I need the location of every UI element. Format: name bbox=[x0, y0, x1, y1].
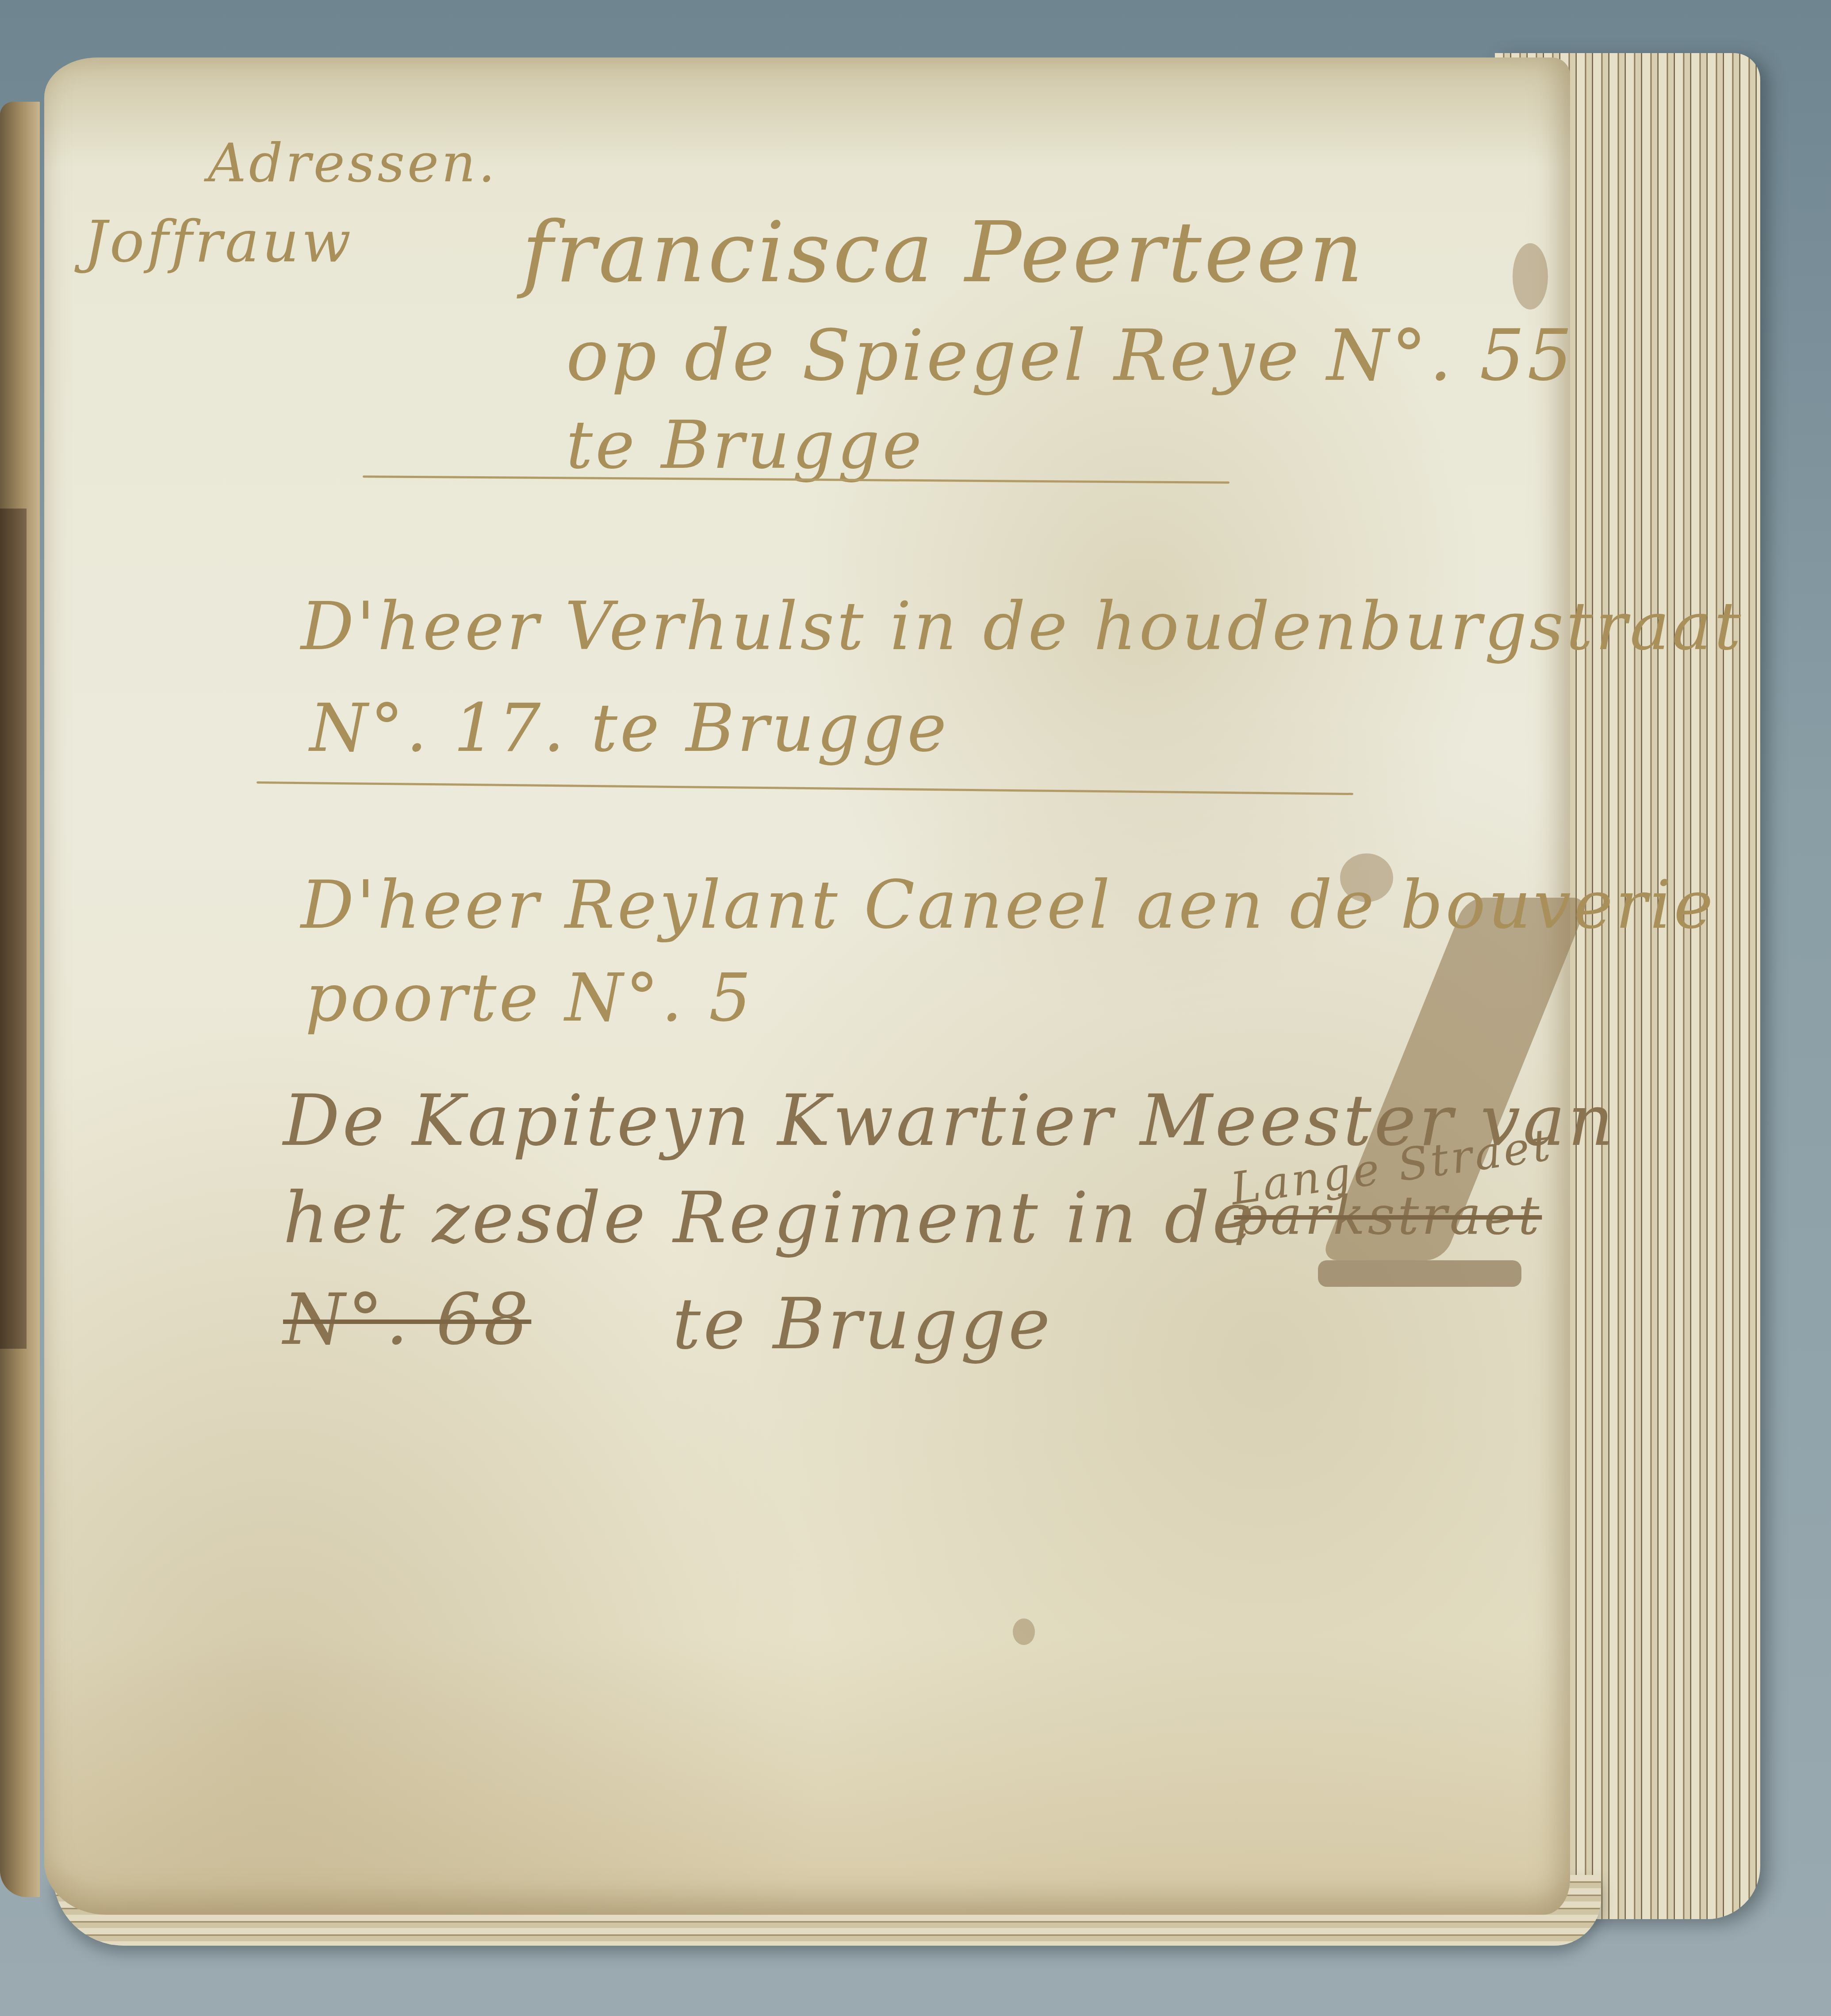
entry-line: op de Spiegel Reye N°. 55 bbox=[566, 314, 1575, 397]
entry-line: francisca Peerteen bbox=[522, 203, 1366, 301]
entry-line: D'heer Reylant Caneel aen de bouverie bbox=[301, 867, 1716, 944]
entry-line: het zesde Regiment in de bbox=[283, 1176, 1257, 1259]
stain-spot bbox=[1513, 243, 1548, 310]
stain-spot bbox=[1013, 1618, 1035, 1645]
entry-line: D'heer Verhulst in de houdenburgstraat bbox=[301, 588, 1743, 665]
margin-salutation: Joffrauw bbox=[84, 208, 353, 275]
entry-line: te Brugge bbox=[672, 1282, 1053, 1365]
entry-line: poorte N°. 5 bbox=[305, 960, 754, 1037]
entry-line: N°. 17. te Brugge bbox=[310, 690, 949, 767]
entry-line: te Brugge bbox=[566, 407, 924, 484]
struck-street-name: parkstraet bbox=[1234, 1185, 1542, 1247]
struck-house-number: N°. 68 bbox=[283, 1278, 531, 1361]
water-stain-foot bbox=[1318, 1260, 1521, 1287]
margin-heading: Adressen. bbox=[208, 133, 498, 194]
binding-shadow bbox=[0, 509, 27, 1349]
